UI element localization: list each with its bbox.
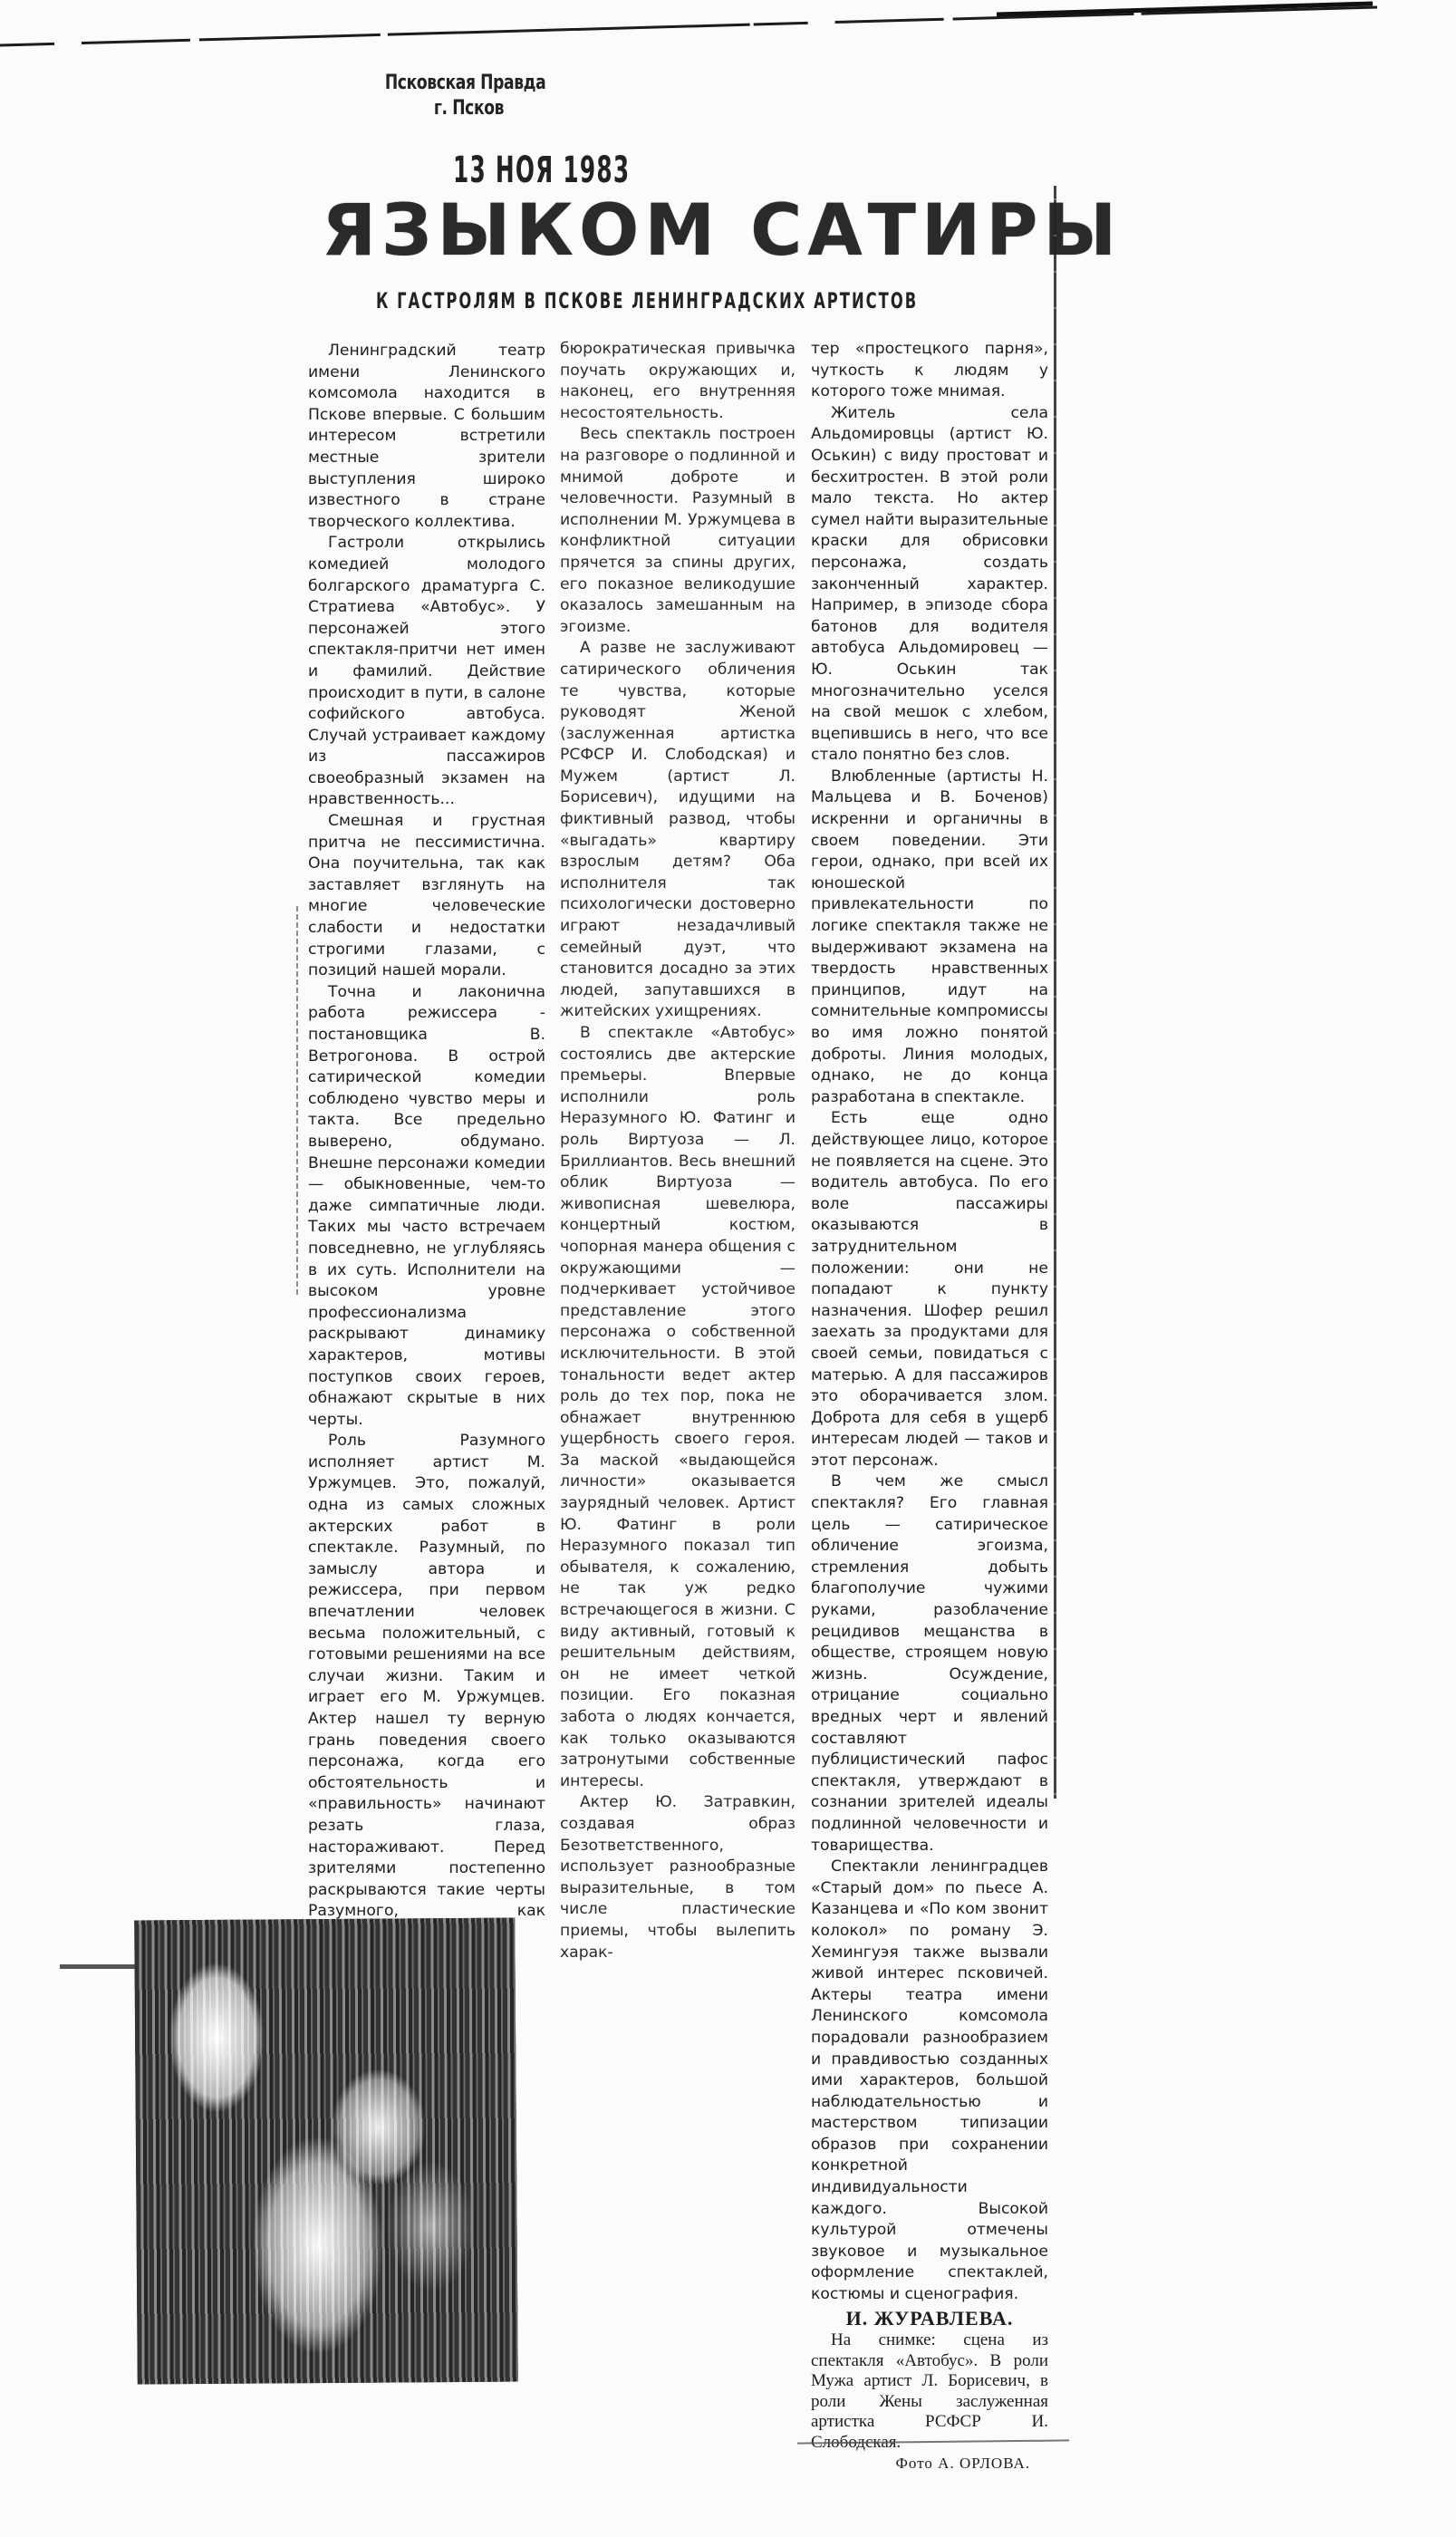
newspaper-city: г. Псков (388, 96, 550, 121)
paragraph: В чем же смысл спектакля? Его главная це… (811, 1471, 1048, 1857)
article-headline: Языком сатиры (322, 190, 1122, 272)
paragraph: бюрократическая привычка поучать окружаю… (560, 339, 795, 424)
paragraph: Гастроли открылись комедией молодого бол… (308, 533, 545, 811)
newspaper-masthead: Псковская Правда г. Псков (381, 71, 550, 121)
paragraph: А разве не заслуживают сатирического обл… (560, 638, 795, 1023)
article-column-1: Ленинградский театр имени Ленинского ком… (308, 341, 545, 1987)
paragraph: Весь спектакль построен на разговоре о п… (560, 424, 795, 638)
scan-mark (60, 1964, 136, 1969)
article-subheadline: К ГАСТРОЛЯМ В ПСКОВЕ ЛЕНИНГРАДСКИХ АРТИС… (376, 288, 918, 314)
author-byline: И. ЖУРАВЛЕВА. (811, 2308, 1048, 2330)
photo-credit: Фото А. ОРЛОВА. (811, 2453, 1048, 2474)
paragraph: Есть еще одно действующее лицо, которое … (811, 1108, 1048, 1471)
paragraph: Житель села Альдомировцы (артист Ю. Оськ… (811, 403, 1048, 767)
column-rule-right (1054, 186, 1056, 1799)
scan-edge-line (0, 0, 1377, 54)
paragraph: Спектакли ленинградцев «Старый дом» по п… (811, 1857, 1048, 2305)
paragraph: Точна и лаконична работа режиссера - пос… (308, 982, 545, 1431)
article-column-3: тер «простецкого парня», чуткость к людя… (811, 339, 1048, 2474)
newspaper-name: Псковская Правда (385, 72, 546, 94)
column-rule-left (296, 906, 298, 1296)
article-column-2: бюрократическая привычка поучать окружаю… (560, 339, 795, 1963)
article-photo (134, 1918, 518, 2385)
photo-caption: На снимке: сцена из спектакля «Автобус».… (811, 2330, 1048, 2453)
paragraph: тер «простецкого парня», чуткость к людя… (811, 339, 1048, 403)
paragraph: Роль Разумного исполняет артист М. Уржум… (308, 1431, 545, 1986)
date-stamp: 13 НОЯ 1983 (453, 150, 630, 191)
paragraph: В спектакле «Автобус» состоялись две акт… (560, 1023, 795, 1792)
paragraph: Ленинградский театр имени Ленинского ком… (308, 341, 545, 533)
paragraph: Смешная и грустная притча не пессимистич… (308, 811, 545, 982)
paragraph: Влюбленные (артисты Н. Мальцева и В. Боч… (811, 767, 1048, 1109)
paragraph: Актер Ю. Затравкин, создавая образ Безот… (560, 1792, 795, 1963)
